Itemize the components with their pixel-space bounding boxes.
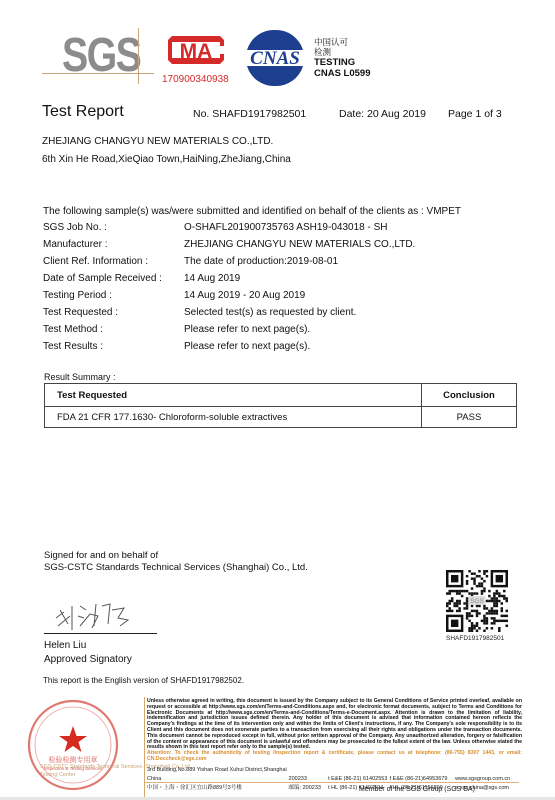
info-label: Manufacturer : — [43, 239, 184, 256]
info-value: Please refer to next page(s). — [184, 324, 310, 341]
info-label: Test Requested : — [43, 307, 184, 324]
info-row: Testing Period :14 Aug 2019 - 20 Aug 201… — [43, 290, 415, 307]
table-row: FDA 21 CFR 177.1630- Chloroform-soluble … — [45, 407, 517, 428]
sample-info: SGS Job No. :O-SHAFL201900735763 ASH19-0… — [43, 222, 415, 358]
signed-line2: SGS-CSTC Standards Technical Services (S… — [44, 562, 308, 574]
signed-line1: Signed for and on behalf of — [44, 550, 308, 562]
sgs-logo-text: SGS — [62, 30, 140, 82]
legal-disclaimer: Unless otherwise agreed in writing, this… — [147, 699, 522, 763]
info-row: Test Method :Please refer to next page(s… — [43, 324, 415, 341]
logo-rule — [138, 28, 139, 84]
info-row: Test Results :Please refer to next page(… — [43, 341, 415, 358]
info-value: 14 Aug 2019 — [184, 273, 240, 290]
sgs-logo: SGS — [42, 28, 154, 84]
cma-logo: MA 170900340938 — [162, 30, 234, 86]
svg-text:CNAS: CNAS — [250, 48, 300, 69]
signed-on-behalf: Signed for and on behalf of SGS-CSTC Sta… — [44, 550, 308, 574]
cnas-cn-line2: 检测 — [314, 47, 371, 57]
cell-conclusion: PASS — [422, 407, 517, 428]
handwritten-signature — [50, 596, 140, 641]
signer-block: Helen Liu Approved Signatory — [44, 639, 132, 667]
info-row: Date of Sample Received :14 Aug 2019 — [43, 273, 415, 290]
report-number: No. SHAFD1917982501 — [193, 108, 306, 120]
info-label: SGS Job No. : — [43, 222, 184, 239]
svg-text:SGS: SGS — [470, 598, 484, 605]
postcode-cn: 邮编: 200233 — [289, 784, 327, 793]
address-cn: 中国・上海・徐汇区宜山路889号3号楼 — [147, 784, 287, 793]
info-row: SGS Job No. :O-SHAFL201900735763 ASH19-0… — [43, 222, 415, 239]
col-conclusion: Conclusion — [422, 384, 517, 407]
info-row: Manufacturer :ZHEJIANG CHANGYU NEW MATER… — [43, 239, 415, 256]
client-address: 6th Xin He Road,XieQiao Town,HaiNing,Zhe… — [42, 151, 291, 169]
info-row: Client Ref. Information :The date of pro… — [43, 256, 415, 273]
client-block: ZHEJIANG CHANGYU NEW MATERIALS CO.,LTD. … — [42, 133, 291, 169]
qr-caption: SHAFD1917982501 — [446, 635, 504, 642]
svg-text:MA: MA — [180, 40, 213, 63]
info-row: Test Requested :Selected test(s) as requ… — [43, 307, 415, 324]
page-indicator: Page 1 of 3 — [448, 108, 502, 120]
info-value: ZHEJIANG CHANGYU NEW MATERIALS CO.,LTD. — [184, 239, 415, 256]
page-title: Test Report — [42, 103, 124, 121]
info-label: Testing Period : — [43, 290, 184, 307]
qr-code-icon[interactable]: SGS — [446, 570, 508, 632]
cnas-cn-line1: 中国认可 — [314, 37, 371, 47]
signer-role: Approved Signatory — [44, 653, 132, 667]
intro-text: The following sample(s) was/were submitt… — [43, 206, 461, 217]
info-label: Client Ref. Information : — [43, 256, 184, 273]
info-value: The date of production:2019-08-01 — [184, 256, 338, 273]
cma-mark-icon: MA — [164, 32, 228, 68]
cnas-globe-icon: CNAS — [238, 28, 312, 88]
authenticity-attention: Attention: To check the authenticity of … — [147, 751, 522, 763]
cma-number: 170900340938 — [162, 74, 229, 85]
info-value: Selected test(s) as requested by client. — [184, 307, 356, 324]
info-value: Please refer to next page(s). — [184, 341, 310, 358]
result-summary-label: Result Summary : — [44, 372, 116, 382]
info-label: Test Method : — [43, 324, 184, 341]
cell-test: FDA 21 CFR 177.1630- Chloroform-soluble … — [45, 407, 422, 428]
cnas-logo: CNAS — [238, 28, 312, 88]
signature-line — [44, 633, 157, 634]
info-label: Date of Sample Received : — [43, 273, 184, 290]
table-header-row: Test Requested Conclusion — [45, 384, 517, 407]
english-version-note: This report is the English version of SH… — [43, 676, 244, 685]
result-summary-table: Test Requested Conclusion FDA 21 CFR 177… — [44, 383, 517, 428]
cnas-testing: TESTING — [314, 57, 355, 68]
signer-name: Helen Liu — [44, 639, 132, 653]
info-value: O-SHAFL201900735763 ASH19-043018 - SH — [184, 222, 387, 239]
col-test-requested: Test Requested — [45, 384, 422, 407]
cnas-text: 中国认可 检测 TESTING CNAS L0599 — [314, 37, 371, 79]
sgs-member-note: Member of the SGS Group (SGS SA) — [359, 786, 475, 793]
footer-rule — [144, 782, 519, 783]
cnas-code: CNAS L0599 — [314, 68, 371, 79]
report-date: Date: 20 Aug 2019 — [339, 108, 426, 120]
legal-text: Unless otherwise agreed in writing, this… — [147, 698, 522, 750]
info-label: Test Results : — [43, 341, 184, 358]
client-name: ZHEJIANG CHANGYU NEW MATERIALS CO.,LTD. — [42, 133, 291, 151]
info-value: 14 Aug 2019 - 20 Aug 2019 — [184, 290, 305, 307]
